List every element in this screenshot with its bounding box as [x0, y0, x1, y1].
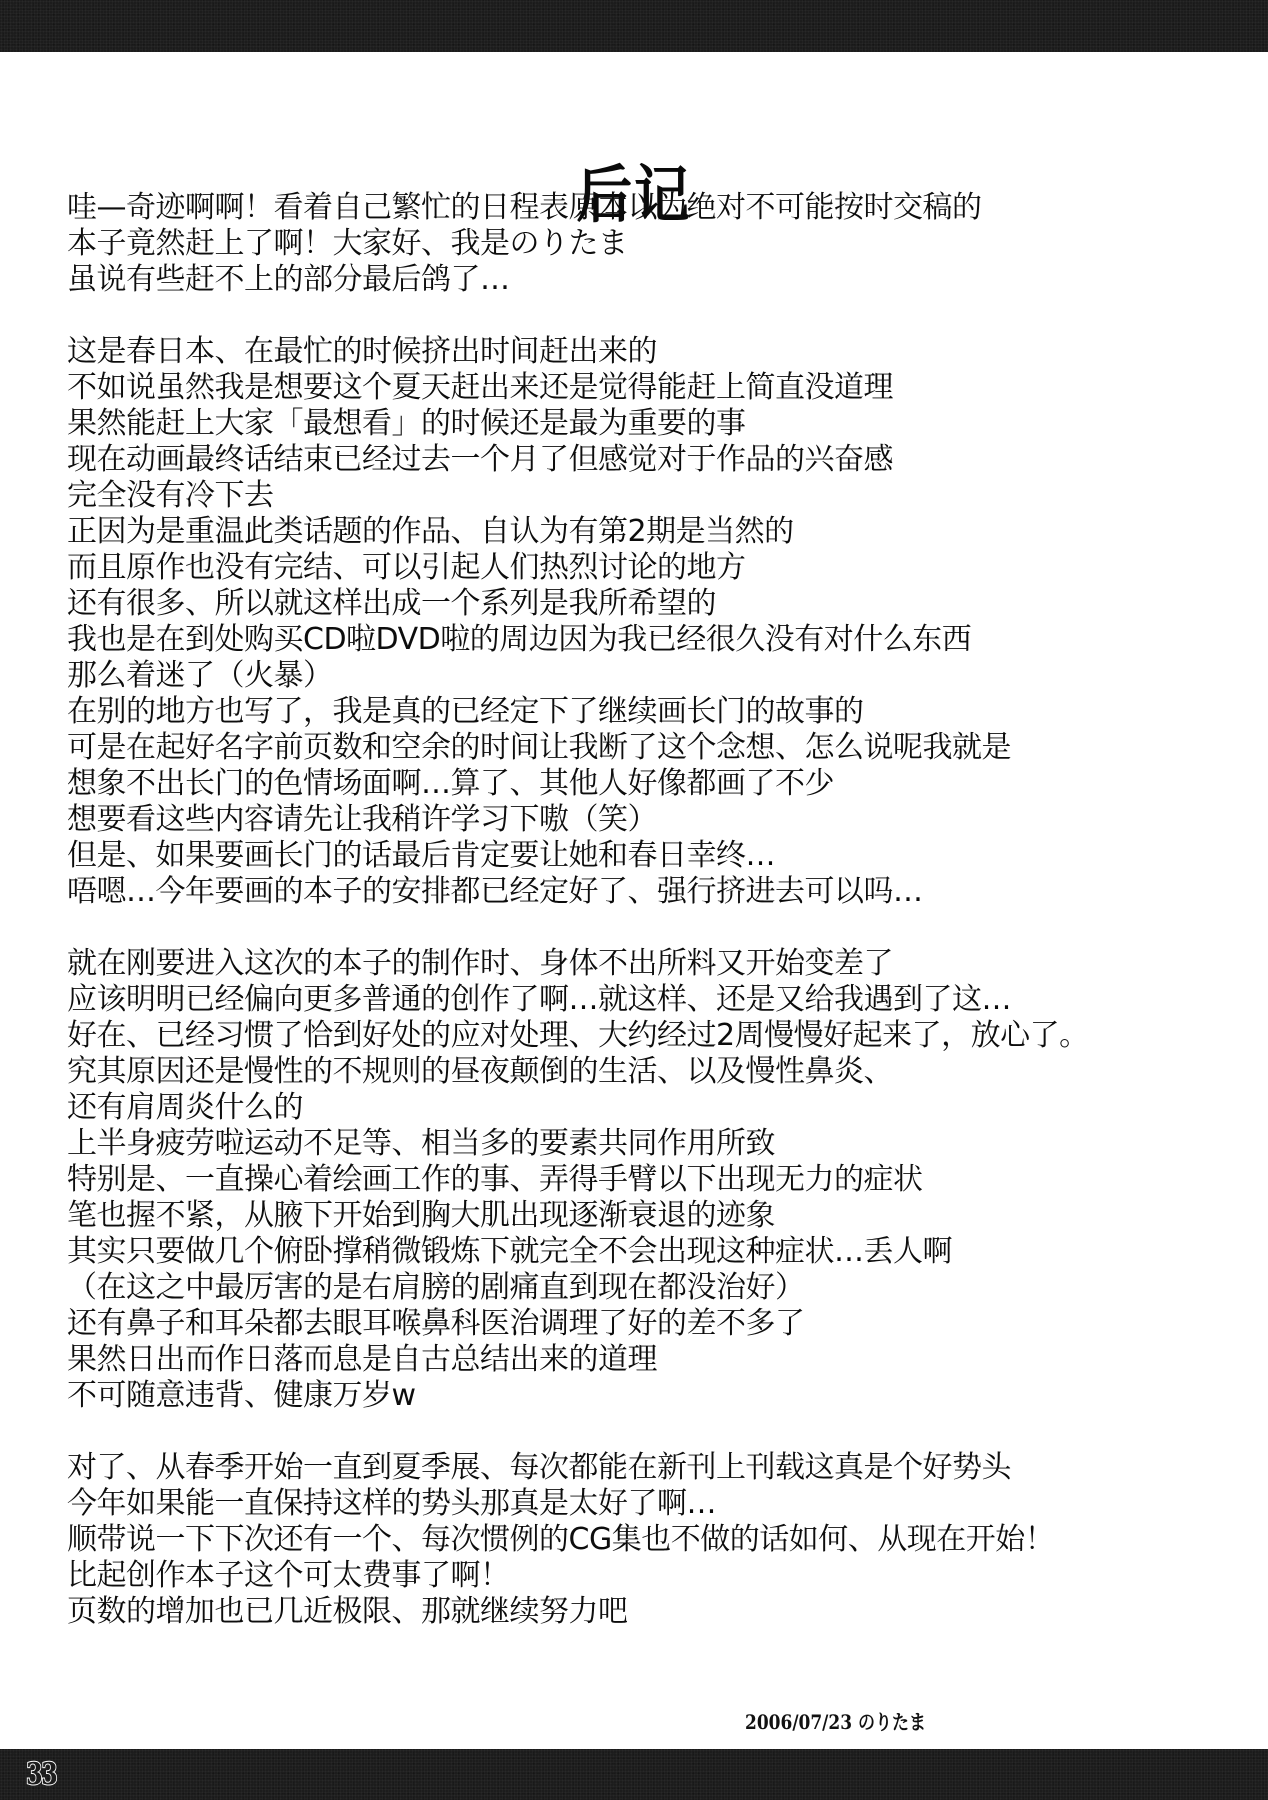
text-line: 唔嗯…今年要画的本子的安排都已经定好了、强行挤进去可以吗… — [67, 874, 1267, 910]
text-line: 哇—奇迹啊啊！看着自己繁忙的日程表原本以为绝对不可能按时交稿的 — [67, 190, 1267, 226]
page-number: 33 — [26, 1758, 56, 1792]
text-line: 对了、从春季开始一直到夏季展、每次都能在新刊上刊载这真是个好势头 — [67, 1450, 1267, 1486]
text-line: 完全没有冷下去 — [67, 478, 1267, 514]
text-line: 还有鼻子和耳朵都去眼耳喉鼻科医治调理了好的差不多了 — [67, 1306, 1267, 1342]
text-line: 不可随意违背、健康万岁w — [67, 1378, 1267, 1414]
text-line: 不如说虽然我是想要这个夏天赶出来还是觉得能赶上简直没道理 — [67, 370, 1267, 406]
text-line: 而且原作也没有完结、可以引起人们热烈讨论的地方 — [67, 550, 1267, 586]
signature-date: 2006/07/23 のりたま — [745, 1710, 926, 1734]
text-line: 果然能赶上大家「最想看」的时候还是最为重要的事 — [67, 406, 1267, 442]
text-line: 好在、已经习惯了恰到好处的应对处理、大约经过2周慢慢好起来了，放心了。 — [67, 1018, 1267, 1054]
text-line: 究其原因还是慢性的不规则的昼夜颠倒的生活、以及慢性鼻炎、 — [67, 1054, 1267, 1090]
text-line: 在别的地方也写了，我是真的已经定下了继续画长门的故事的 — [67, 694, 1267, 730]
text-line: 那么着迷了（火暴） — [67, 658, 1267, 694]
text-line: 今年如果能一直保持这样的势头那真是太好了啊… — [67, 1486, 1267, 1522]
afterword-body: 哇—奇迹啊啊！看着自己繁忙的日程表原本以为绝对不可能按时交稿的 本子竟然赶上了啊… — [67, 190, 1267, 1630]
paragraph-3: 就在刚要进入这次的本子的制作时、身体不出所料又开始变差了 应该明明已经偏向更多普… — [67, 946, 1267, 1414]
bottom-dark-band — [0, 1749, 1268, 1800]
text-line: 本子竟然赶上了啊！大家好、我是のりたま — [67, 226, 1267, 262]
text-line: 想要看这些内容请先让我稍许学习下嗷（笑） — [67, 802, 1267, 838]
text-line: 虽说有些赶不上的部分最后鸽了… — [67, 262, 1267, 298]
text-line: 我也是在到处购买CD啦DVD啦的周边因为我已经很久没有对什么东西 — [67, 622, 1267, 658]
text-line: 想象不出长门的色情场面啊…算了、其他人好像都画了不少 — [67, 766, 1267, 802]
paragraph-2: 这是春日本、在最忙的时候挤出时间赶出来的 不如说虽然我是想要这个夏天赶出来还是觉… — [67, 334, 1267, 910]
text-line: 应该明明已经偏向更多普通的创作了啊…就这样、还是又给我遇到了这… — [67, 982, 1267, 1018]
text-line: 还有很多、所以就这样出成一个系列是我所希望的 — [67, 586, 1267, 622]
text-line: 但是、如果要画长门的话最后肯定要让她和春日幸终… — [67, 838, 1267, 874]
text-line: 特别是、一直操心着绘画工作的事、弄得手臂以下出现无力的症状 — [67, 1162, 1267, 1198]
text-line: 可是在起好名字前页数和空余的时间让我断了这个念想、怎么说呢我就是 — [67, 730, 1267, 766]
text-line: 其实只要做几个俯卧撑稍微锻炼下就完全不会出现这种症状…丢人啊 — [67, 1234, 1267, 1270]
text-line: 就在刚要进入这次的本子的制作时、身体不出所料又开始变差了 — [67, 946, 1267, 982]
paragraph-4: 对了、从春季开始一直到夏季展、每次都能在新刊上刊载这真是个好势头 今年如果能一直… — [67, 1450, 1267, 1630]
text-line: 比起创作本子这个可太费事了啊！ — [67, 1558, 1267, 1594]
text-line: 果然日出而作日落而息是自古总结出来的道理 — [67, 1342, 1267, 1378]
text-line: 还有肩周炎什么的 — [67, 1090, 1267, 1126]
text-line: （在这之中最厉害的是右肩膀的剧痛直到现在都没治好） — [67, 1270, 1267, 1306]
top-dark-band — [0, 0, 1268, 52]
text-line: 正因为是重温此类话题的作品、自认为有第2期是当然的 — [67, 514, 1267, 550]
text-line: 笔也握不紧，从腋下开始到胸大肌出现逐渐衰退的迹象 — [67, 1198, 1267, 1234]
text-line: 现在动画最终话结束已经过去一个月了但感觉对于作品的兴奋感 — [67, 442, 1267, 478]
paragraph-1: 哇—奇迹啊啊！看着自己繁忙的日程表原本以为绝对不可能按时交稿的 本子竟然赶上了啊… — [67, 190, 1267, 298]
text-line: 上半身疲劳啦运动不足等、相当多的要素共同作用所致 — [67, 1126, 1267, 1162]
text-line: 这是春日本、在最忙的时候挤出时间赶出来的 — [67, 334, 1267, 370]
text-line: 顺带说一下下次还有一个、每次惯例的CG集也不做的话如何、从现在开始！ — [67, 1522, 1267, 1558]
text-line: 页数的增加也已几近极限、那就继续努力吧 — [67, 1594, 1267, 1630]
